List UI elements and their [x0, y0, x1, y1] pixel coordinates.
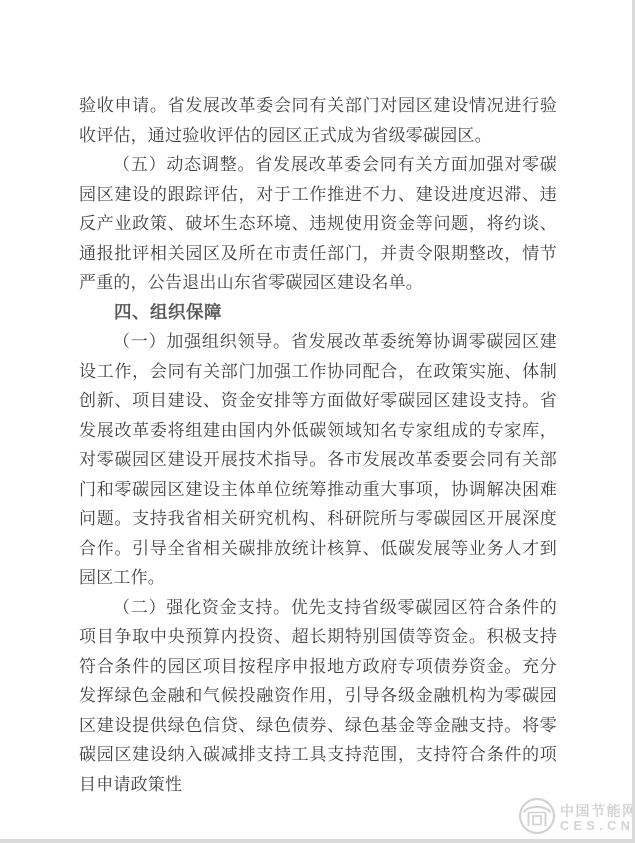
document-text-column: 验收申请。省发展改革委会同有关部门对园区建设情况进行验收评估，通过验收评估的园区…	[79, 91, 557, 799]
watermark: 中国节能网 CES.CN	[517, 796, 635, 841]
paragraph-item-5-dynamic-adjustment: （五）动态调整。省发展改革委会同有关方面加强对零碳园区建设的跟踪评估，对于工作推…	[79, 150, 557, 298]
scanned-document-page: { "document": { "paragraphs": [ { "text"…	[0, 0, 635, 843]
page-edge-bottom	[0, 839, 635, 843]
paragraph-continuation: 验收申请。省发展改革委会同有关部门对园区建设情况进行验收评估，通过验收评估的园区…	[79, 91, 557, 150]
watermark-text: 中国节能网 CES.CN	[560, 803, 635, 833]
section-heading-organizational-guarantee: 四、组织保障	[79, 298, 557, 328]
ces-logo-icon	[517, 796, 557, 841]
paragraph-item-1-organizational-leadership: （一）加强组织领导。省发展改革委统筹协调零碳园区建设工作，会同有关部门加强工作协…	[79, 327, 557, 593]
watermark-site-name: 中国节能网	[560, 803, 635, 819]
watermark-site-domain: CES.CN	[560, 819, 635, 833]
paragraph-item-2-funding-support: （二）强化资金支持。优先支持省级零碳园区符合条件的项目争取中央预算内投资、超长期…	[79, 593, 557, 800]
